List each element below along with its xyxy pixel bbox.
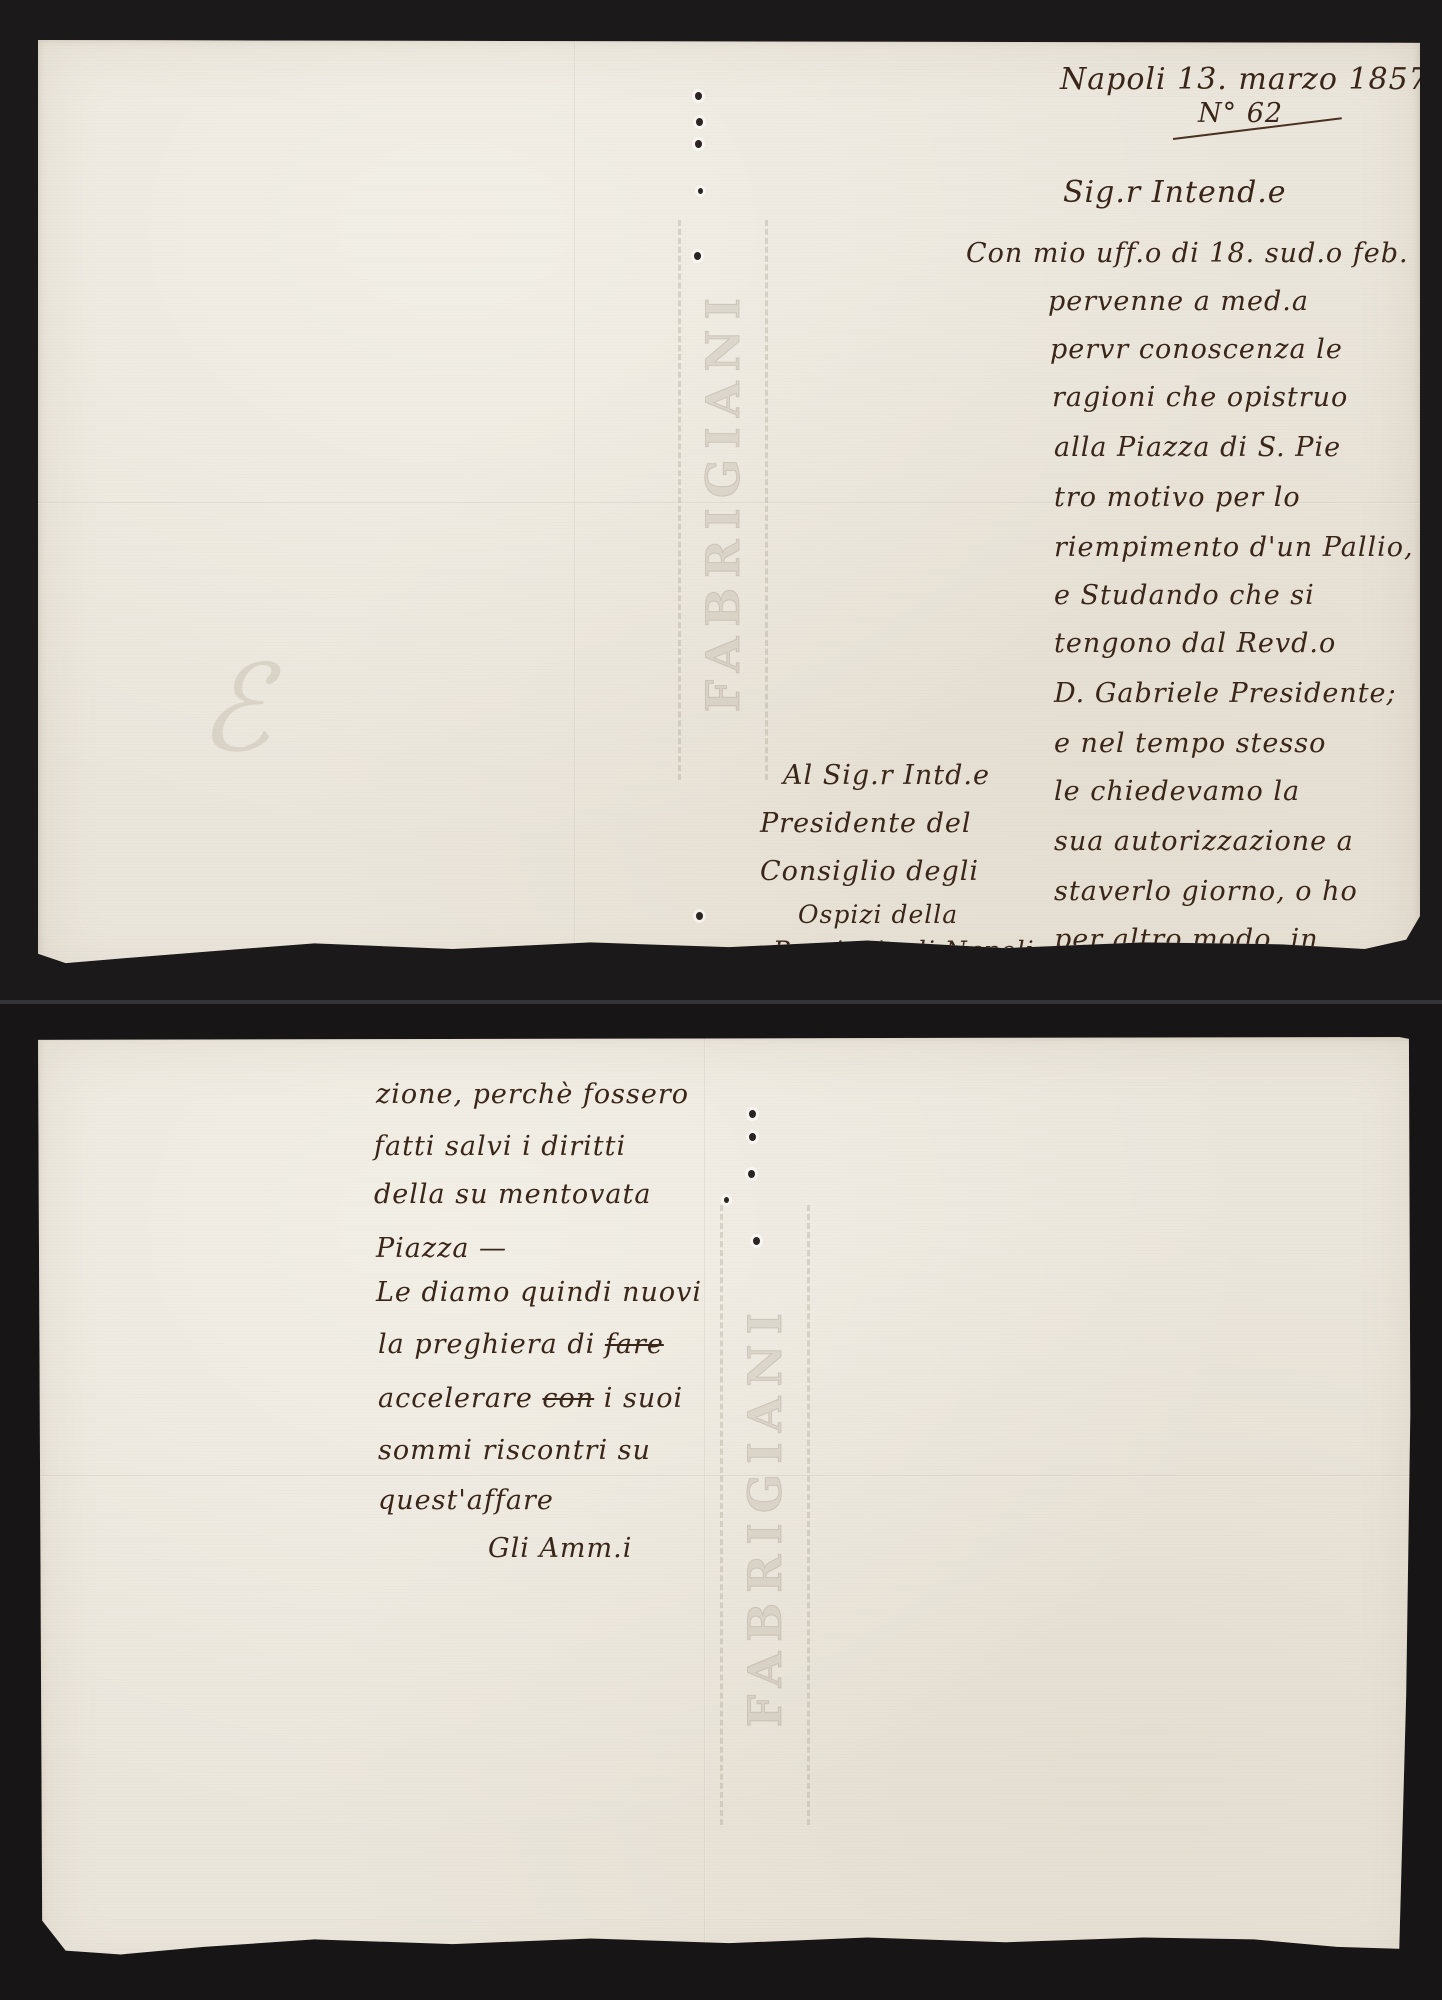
body-line: zione, perchè fossero (376, 1079, 689, 1110)
paper-watermark: FABRIGIANI (678, 220, 768, 780)
binding-hole (695, 140, 702, 148)
watermark-text: FABRIGIANI (696, 288, 750, 712)
binding-hole (749, 1133, 756, 1141)
binding-hole (724, 1197, 729, 1203)
body-line: tro motivo per lo (1054, 482, 1301, 513)
letter-place-date: Napoli 13. marzo 1857 (1060, 62, 1420, 97)
body-line: alla Piazza di S. Pie (1054, 432, 1341, 463)
body-line: e nel tempo stesso (1054, 728, 1326, 759)
page-divider (0, 1000, 1442, 1004)
body-line: quest'affare (378, 1485, 554, 1516)
letter-page-1: FABRIGIANI ℰ Napoli 13. marzo 1857 N° 62… (38, 40, 1420, 982)
binding-hole (696, 912, 703, 920)
body-line: e Studando che si (1054, 580, 1315, 611)
binding-hole (696, 118, 703, 126)
body-line: ragioni che opistruo (1052, 382, 1348, 413)
body-line: D. Gabriele Presidente; (1054, 678, 1397, 709)
binding-hole (749, 1110, 756, 1118)
body-line: Piazza — (376, 1233, 507, 1264)
body-line: Con mio uff.o di 18. sud.o feb. (966, 238, 1409, 269)
addressee-line: Consiglio degli (760, 856, 979, 887)
watermark-flourish-icon: ℰ (198, 640, 271, 779)
body-line: tengono dal Revd.o (1054, 628, 1336, 659)
body-line: riempimento d'un Pallio, (1054, 532, 1414, 563)
body-line: pervr conoscenza le (1050, 334, 1343, 365)
body-line: sua autorizzazione a (1054, 826, 1354, 857)
binding-hole (748, 1170, 755, 1178)
body-line: fatti salvi i diritti (374, 1131, 626, 1162)
letter-closing: Gli Amm.i (488, 1533, 632, 1564)
binding-hole (753, 1237, 760, 1245)
body-line: della su mentovata (374, 1179, 651, 1210)
addressee-line: Presidente del (760, 808, 972, 839)
binding-hole (698, 188, 703, 194)
body-line: pervenne a med.a (1048, 286, 1309, 317)
addressee-line: Al Sig.r Intd.e (783, 760, 990, 791)
struck-word: con (542, 1383, 594, 1414)
paper-watermark: FABRIGIANI (720, 1205, 810, 1825)
body-line: Le diamo quindi nuovi (376, 1277, 702, 1308)
vertical-fold-line (574, 40, 576, 982)
body-line: la preghiera di fare (378, 1329, 664, 1360)
binding-hole (695, 92, 702, 100)
watermark-text: FABRIGIANI (738, 1303, 792, 1727)
body-line: sommi riscontri su (378, 1435, 651, 1466)
letter-page-2: FABRIGIANI zione, perchè fossero fatti s… (38, 1037, 1420, 1977)
binding-hole (694, 252, 701, 260)
body-line: le chiedevamo la (1054, 776, 1300, 807)
letter-salutation: Sig.r Intend.e (1063, 175, 1287, 210)
letter-reference-number: N° 62 (1198, 98, 1283, 129)
vertical-fold-line (704, 1037, 706, 1977)
body-line: accelerare con i suoi (378, 1383, 683, 1414)
addressee-line: Ospizi della (798, 900, 958, 929)
body-line: staverlo giorno, o ho (1054, 876, 1358, 907)
struck-word: fare (605, 1329, 664, 1360)
